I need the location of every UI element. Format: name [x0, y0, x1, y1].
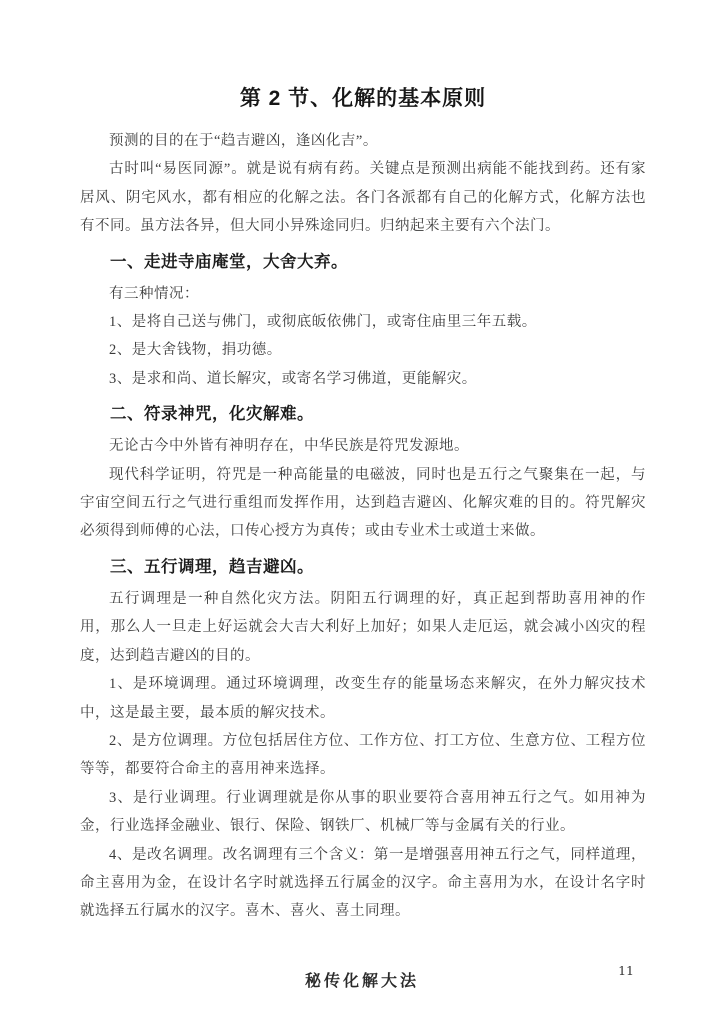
- section-3-paragraph: 五行调理是一种自然化灾方法。阴阳五行调理的好，真正起到帮助喜用神的作用，那么人一…: [80, 585, 646, 670]
- page-title: 第 2 节、化解的基本原则: [80, 86, 646, 112]
- section-heading-3: 三、五行调理，趋吉避凶。: [80, 556, 646, 578]
- document-content: 第 2 节、化解的基本原则 预测的目的在于“趋吉避凶，逢凶化吉”。 古时叫“易医…: [0, 0, 724, 926]
- section-1-paragraph: 1、是将自己送与佛门，或彻底皈依佛门，或寄住庙里三年五载。: [80, 308, 646, 336]
- page-footer: 秘传化解大法 11: [0, 963, 724, 1003]
- intro-paragraph: 古时叫“易医同源”。就是说有病有药。关键点是预测出病能不能找到药。还有家居风、阴…: [80, 155, 646, 240]
- section-heading-1: 一、走进寺庙庵堂，大舍大弃。: [80, 251, 646, 273]
- section-2-paragraph: 无论古今中外皆有神明存在，中华民族是符咒发源地。: [80, 432, 646, 460]
- section-3-paragraph: 1、是环境调理。通过环境调理，改变生存的能量场态来解灾，在外力解灾技术中，这是最…: [80, 670, 646, 727]
- section-1-paragraph: 3、是求和尚、道长解灾，或寄名学习佛道，更能解灾。: [80, 365, 646, 393]
- footer-book-title: 秘传化解大法: [0, 968, 724, 991]
- document-page: 第 2 节、化解的基本原则 预测的目的在于“趋吉避凶，逢凶化吉”。 古时叫“易医…: [0, 0, 724, 1024]
- section-1-paragraph: 2、是大舍钱物，捐功德。: [80, 336, 646, 364]
- section-2-paragraph: 现代科学证明，符咒是一种高能量的电磁波，同时也是五行之气聚集在一起，与宇宙空间五…: [80, 461, 646, 546]
- section-3-paragraph: 3、是行业调理。行业调理就是你从事的职业要符合喜用神五行之气。如用神为金，行业选…: [80, 784, 646, 841]
- intro-paragraph: 预测的目的在于“趋吉避凶，逢凶化吉”。: [80, 127, 646, 155]
- section-heading-2: 二、符录神咒，化灾解难。: [80, 403, 646, 425]
- section-3-paragraph: 4、是改名调理。改名调理有三个含义：第一是增强喜用神五行之气，同样道理，命主喜用…: [80, 841, 646, 926]
- section-3-paragraph: 2、是方位调理。方位包括居住方位、工作方位、打工方位、生意方位、工程方位等等，都…: [80, 727, 646, 784]
- section-1-paragraph: 有三种情况：: [80, 280, 646, 308]
- page-number: 11: [618, 963, 634, 978]
